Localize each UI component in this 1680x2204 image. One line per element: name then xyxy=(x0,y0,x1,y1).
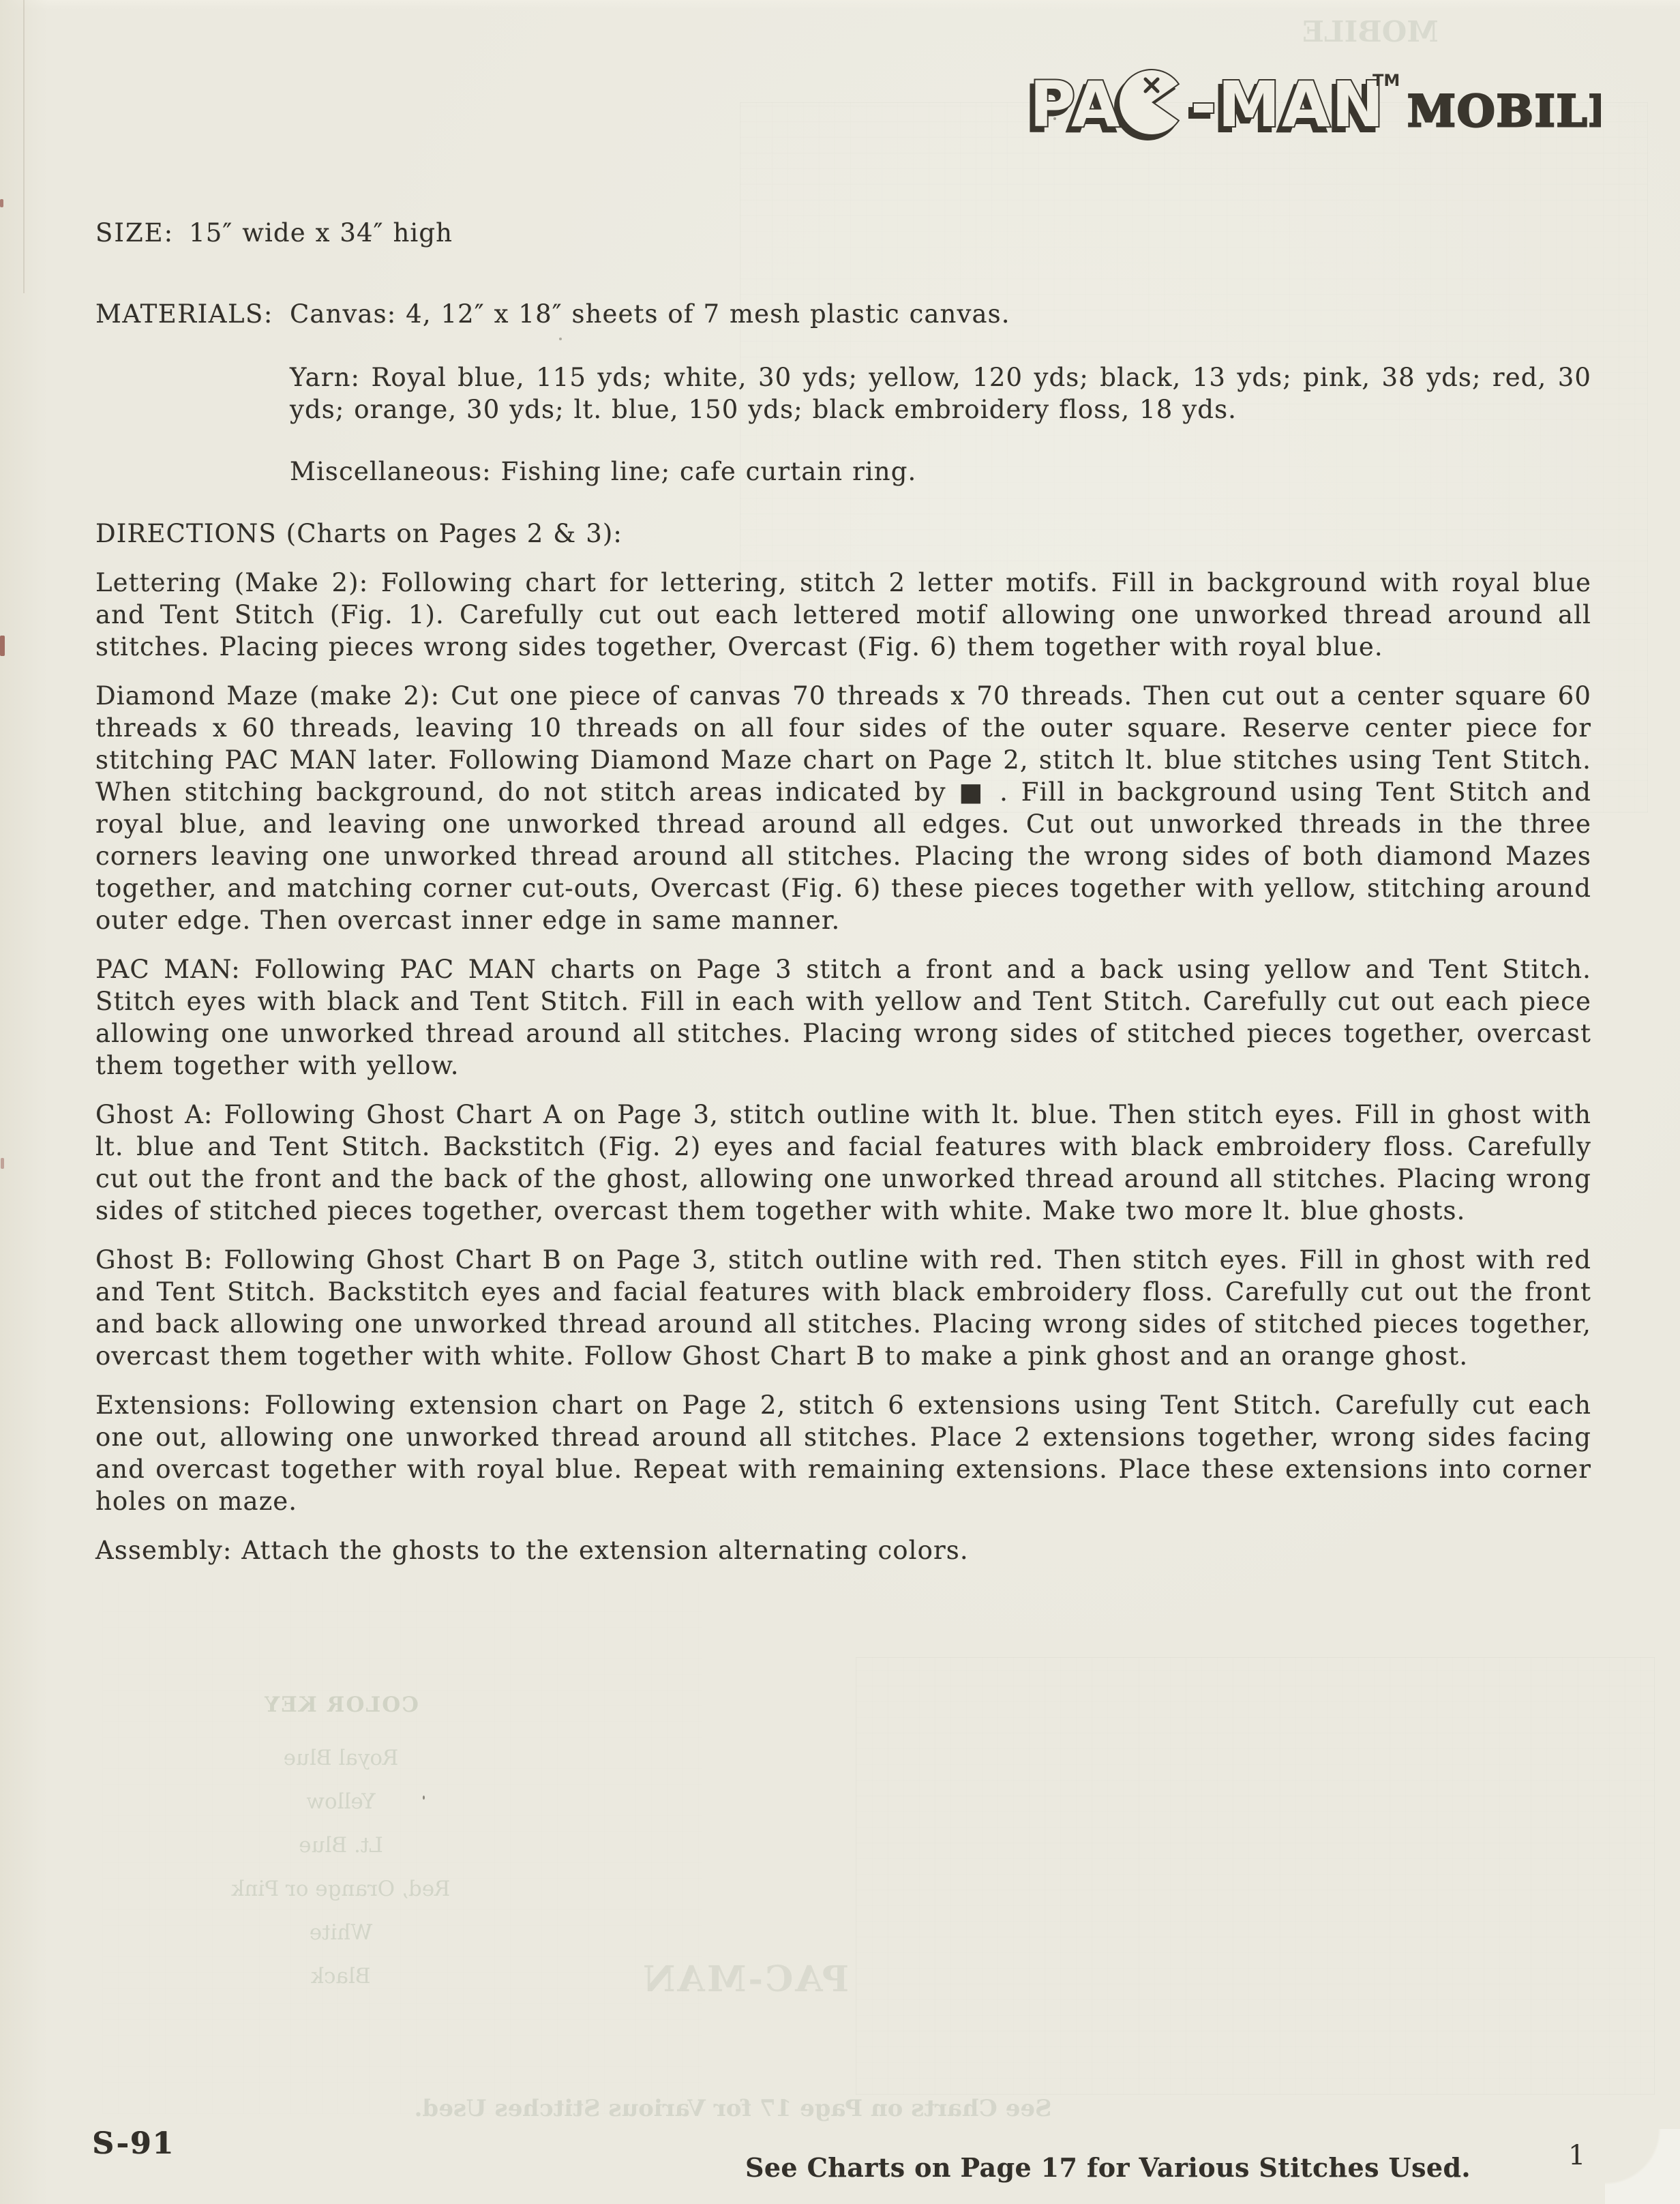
logo-text-man: -MAN xyxy=(1190,68,1385,141)
para-pac-man: PAC MAN: Following PAC MAN charts on Pag… xyxy=(95,953,1591,1082)
bleedthrough-logo-text: PAC-MAN xyxy=(641,1959,849,2000)
materials-row: MATERIALS:Canvas: 4, 12″ x 18″ sheets of… xyxy=(95,298,1591,330)
pacman-mobile-logo: PA -MAN PA -MAN TM MOBILE xyxy=(1028,61,1601,146)
materials-label: MATERIALS: xyxy=(95,298,290,330)
bleedthrough-color-key-item: Red, Orange or Pink xyxy=(116,1867,566,1911)
logo-word-mobile: MOBILE xyxy=(1407,86,1601,137)
footer-note: See Charts on Page 17 for Various Stitch… xyxy=(745,2152,1471,2183)
bleedthrough-color-key-item: Yellow xyxy=(116,1780,566,1823)
ink-speck xyxy=(0,636,5,656)
instructions-body: SIZE:15″ wide x 34″ high MATERIALS:Canva… xyxy=(95,217,1591,1566)
bleedthrough-color-key-item: Royal Blue xyxy=(116,1736,566,1780)
page-number: 1 xyxy=(1568,2140,1585,2171)
para-lettering: Lettering (Make 2): Following chart for … xyxy=(95,567,1591,663)
size-value: 15″ wide x 34″ high xyxy=(189,218,453,248)
bleedthrough-color-key-item: Black xyxy=(116,1954,566,1998)
materials-canvas: Canvas: 4, 12″ x 18″ sheets of 7 mesh pl… xyxy=(290,299,1010,329)
pattern-code: S-91 xyxy=(92,2126,175,2161)
size-label: SIZE: xyxy=(95,218,174,248)
bleedthrough-color-key: COLOR KEY Royal Blue Yellow Lt. Blue Red… xyxy=(116,1683,566,1998)
ink-speck xyxy=(0,199,3,207)
logo-text-pa: PA xyxy=(1030,68,1121,141)
size-row: SIZE:15″ wide x 34″ high xyxy=(95,217,1591,249)
page-edge xyxy=(23,0,25,293)
materials-miscellaneous: Miscellaneous: Fishing line; cafe curtai… xyxy=(290,456,1591,488)
para-assembly: Assembly: Attach the ghosts to the exten… xyxy=(95,1534,1591,1566)
page-corner xyxy=(1605,2129,1680,2204)
bleedthrough-color-key-item: Lt. Blue xyxy=(116,1823,566,1867)
para-ghost-b: Ghost B: Following Ghost Chart B on Page… xyxy=(95,1244,1591,1372)
bleedthrough-color-key-title: COLOR KEY xyxy=(116,1683,566,1727)
pacman-icon xyxy=(1120,70,1177,134)
para-extensions: Extensions: Following extension chart on… xyxy=(95,1389,1591,1517)
ink-speck xyxy=(1,1158,4,1169)
bleedthrough-footer-text: See Charts on Page 17 for Various Stitch… xyxy=(293,2095,1173,2122)
bleedthrough-color-key-item: White xyxy=(116,1911,566,1954)
directions-heading: DIRECTIONS (Charts on Pages 2 & 3): xyxy=(95,518,1591,550)
logo-tm: TM xyxy=(1372,71,1400,90)
materials-yarn: Yarn: Royal blue, 115 yds; white, 30 yds… xyxy=(290,361,1591,426)
para-diamond-maze: Diamond Maze (make 2): Cut one piece of … xyxy=(95,680,1591,936)
para-ghost-a: Ghost A: Following Ghost Chart A on Page… xyxy=(95,1099,1591,1227)
bleedthrough-mobile-text: MOBILE xyxy=(1302,15,1439,48)
scanned-pattern-page: MOBILE COLOR KEY Royal Blue Yellow Lt. B… xyxy=(0,0,1680,2204)
pacman-logo-art: PA -MAN PA -MAN TM MOBILE xyxy=(1028,61,1601,146)
bleedthrough-chart-grid xyxy=(856,1657,1655,2095)
